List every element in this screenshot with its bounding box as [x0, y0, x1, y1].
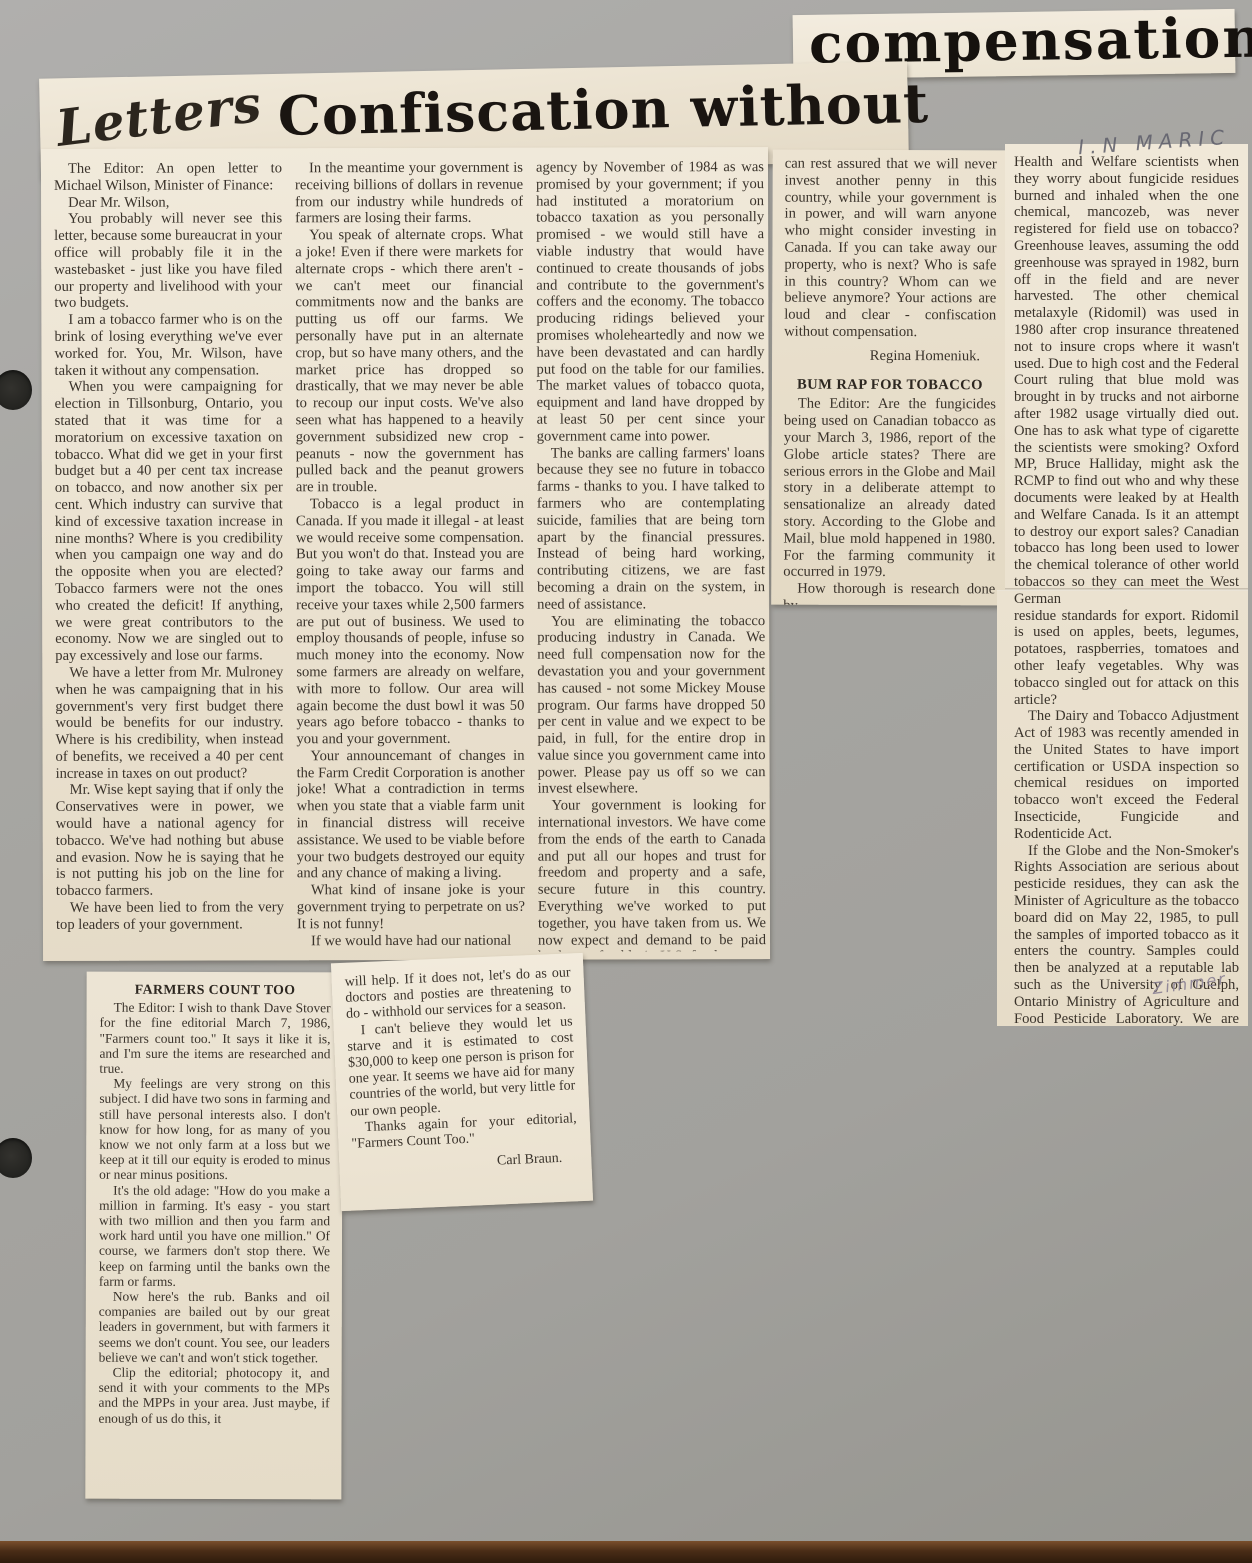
letters-masthead: Letters [53, 74, 265, 158]
paragraph: If we would have had our national [297, 932, 525, 949]
clipping-seam [997, 588, 1248, 591]
hole-punch-top [0, 370, 32, 410]
wilson-letter-column-2: In the meantime your government is recei… [295, 160, 525, 953]
paragraph: can rest assured that we will never inve… [784, 156, 997, 342]
column-5-clipping: Health and Welfare scientists when they … [997, 144, 1248, 1026]
paragraph: When you were campaigning for election i… [55, 379, 284, 665]
paragraph: residue standards for export. Ridomil is… [1014, 608, 1239, 709]
paragraph: agency by November of 1984 as was promis… [536, 159, 765, 445]
paragraph: We have been lied to from the very top l… [56, 899, 284, 933]
paragraph: I am a tobacco farmer who is on the brin… [54, 311, 282, 379]
paragraph: The Dairy and Tobacco Adjustment Act of … [1014, 708, 1239, 842]
paragraph: The Editor: Are the fungicides being use… [783, 396, 996, 582]
paragraph: Mr. Wise kept saying that if only the Co… [56, 782, 284, 900]
signature-homeniuk: Regina Homeniuk. [784, 347, 996, 365]
headline-line1: Confiscation without [277, 71, 929, 148]
hole-punch-bottom [0, 1138, 32, 1178]
bumrap-header: BUM RAP FOR TOBACCO [784, 376, 996, 394]
paragraph: Dear Mr. Wilson, [54, 194, 282, 211]
paragraph: You probably will never see this letter,… [54, 211, 282, 312]
paragraph: It's the old adage: "How do you make a m… [99, 1182, 330, 1289]
wilson-letter-column-1: The Editor: An open letter to Michael Wi… [54, 160, 284, 953]
paragraph: What kind of insane joke is your governm… [297, 882, 525, 933]
signature-braun: Carl Braun. [352, 1150, 578, 1176]
farmers-header: FARMERS COUNT TOO [100, 982, 331, 998]
paragraph: Clip the editorial; photocopy it, and se… [99, 1365, 330, 1426]
paragraph: We have a letter from Mr. Mulroney when … [55, 664, 283, 782]
farmers-letter-clipping: FARMERS COUNT TOO The Editor: I wish to … [85, 972, 342, 1500]
paragraph: Tobacco is a legal product in Canada. If… [296, 496, 525, 749]
scrapbook-page: compensation Letters Confiscation withou… [0, 0, 1252, 1563]
column-4-clipping: can rest assured that we will never inve… [771, 150, 1007, 606]
paragraph: If the Globe and the Non-Smoker's Rights… [1014, 843, 1239, 1026]
paragraph: The banks are calling farmers' loans bec… [537, 445, 765, 614]
page-bottom-edge [0, 1541, 1252, 1563]
wilson-letter-column-3: agency by November of 1984 as was promis… [536, 159, 766, 952]
wilson-letter-clipping: The Editor: An open letter to Michael Wi… [41, 147, 770, 961]
paragraph: You are eliminating the tobacco producin… [537, 613, 765, 798]
paragraph: You speak of alternate crops. What a jok… [295, 227, 524, 496]
paragraph: The Editor: I wish to thank Dave Stover … [99, 1000, 330, 1077]
paragraph: Your government is looking for internati… [538, 797, 766, 951]
paragraph: How thorough is research done by [783, 581, 995, 606]
paragraph: Health and Welfare scientists when they … [1014, 154, 1239, 608]
paragraph: The Editor: An open letter to Michael Wi… [54, 160, 282, 194]
paragraph: will help. If it does not, let's do as o… [344, 965, 572, 1023]
paragraph: I can't believe they would let us starve… [346, 1014, 576, 1121]
paragraph: Your announcemant of changes in the Farm… [297, 748, 525, 883]
paragraph: My feelings are very strong on this subj… [99, 1076, 330, 1183]
paragraph: Now here's the rub. Banks and oil compan… [99, 1289, 330, 1366]
paragraph: In the meantime your government is recei… [295, 160, 523, 228]
farmers-letter-continuation-clipping: will help. If it does not, let's do as o… [331, 953, 593, 1211]
